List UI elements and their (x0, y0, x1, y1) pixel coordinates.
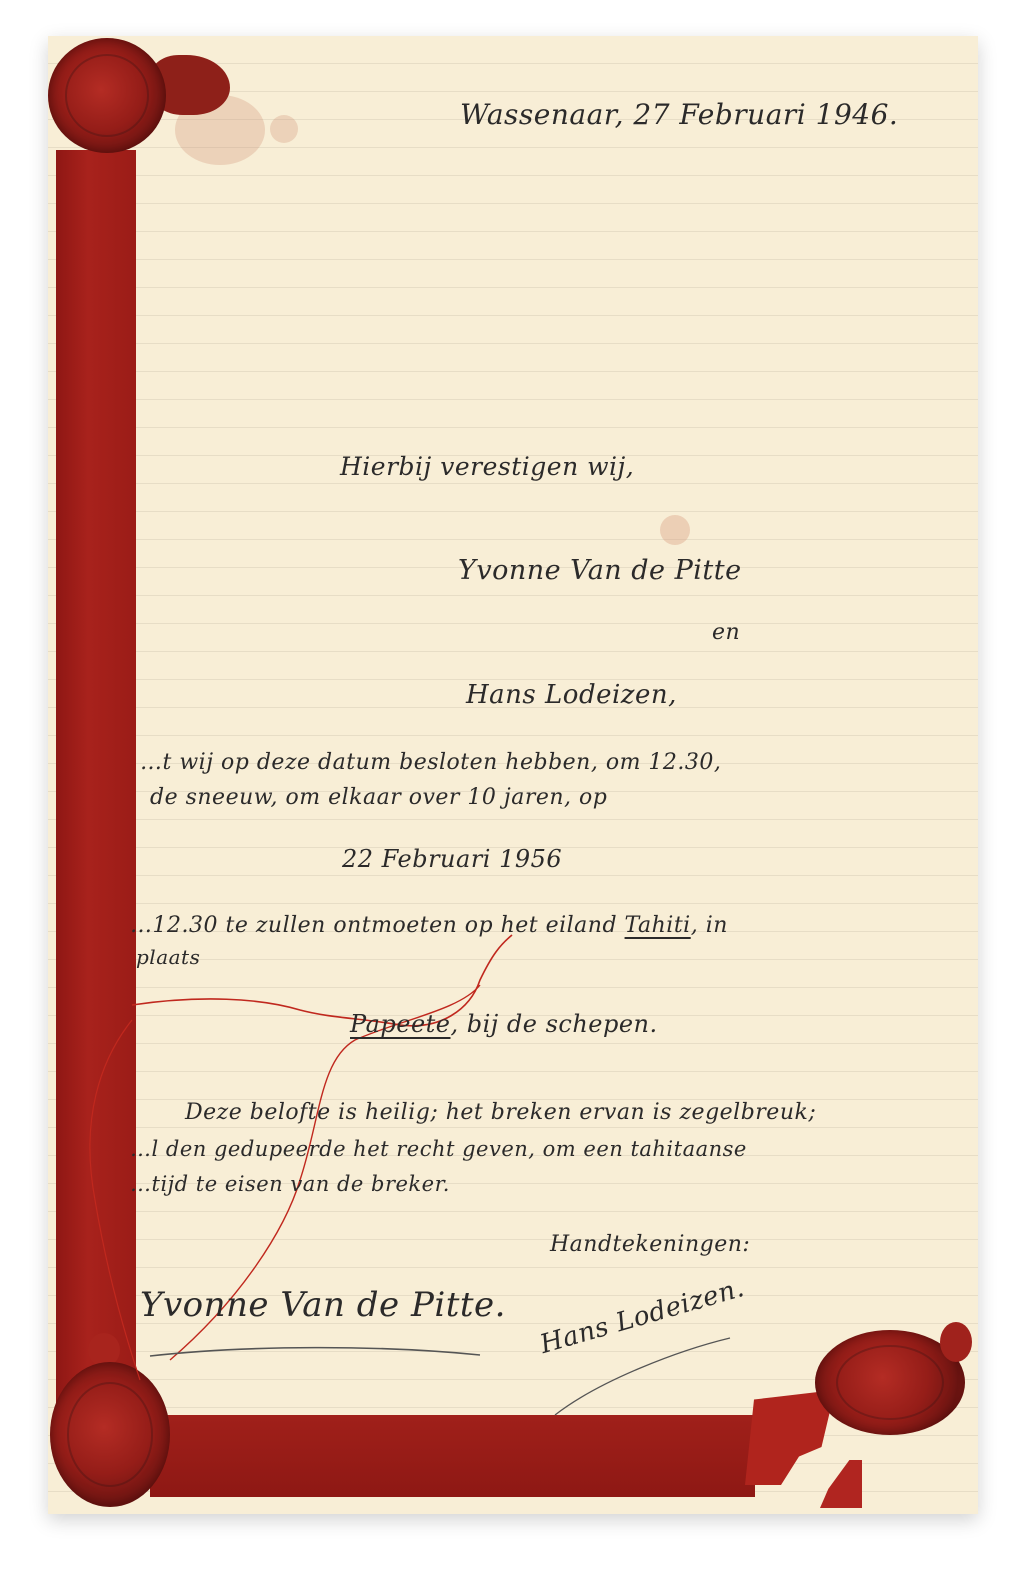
place-suffix: , bij de schepen. (451, 1010, 658, 1038)
body-line-2: de sneeuw, om elkaar over 10 jaren, op (150, 785, 607, 810)
vow-line-2: …l den gedupeerde het recht geven, om ee… (130, 1137, 747, 1161)
line-3-prefix: …12.30 te zullen ontmoeten op het eiland (130, 913, 625, 938)
body-line-4: plaats (136, 945, 200, 969)
conjunction: en (712, 620, 740, 645)
stain-dot (270, 115, 298, 143)
vow-line-3: …tijd te eisen van de breker. (130, 1172, 450, 1196)
wax-seal-top-left (48, 38, 166, 153)
vow-line-1: Deze belofte is heilig; het breken ervan… (185, 1100, 816, 1125)
wax-seal-bottom-left (50, 1362, 170, 1507)
signature-yvonne: Yvonne Van de Pitte. (140, 1285, 506, 1325)
intro-line: Hierbij verestigen wij, (340, 452, 634, 481)
place-date: Wassenaar, 27 Februari 1946. (460, 98, 898, 131)
party-1-name: Yvonne Van de Pitte (458, 555, 742, 586)
body-line-3: …12.30 te zullen ontmoeten op het eiland… (130, 913, 728, 938)
place-name: Papeete (350, 1010, 451, 1038)
red-ribbon-left (56, 150, 136, 1410)
island-name: Tahiti (625, 913, 691, 938)
signatures-label: Handtekeningen: (550, 1232, 750, 1257)
party-2-name: Hans Lodeizen, (466, 680, 677, 710)
red-ribbon-bottom (150, 1415, 755, 1497)
meeting-place: Papeete, bij de schepen. (350, 1010, 658, 1038)
stain-dot (660, 515, 690, 545)
wax-drop (940, 1322, 972, 1362)
body-line-1: …t wij op deze datum besloten hebben, om… (140, 750, 721, 775)
line-3-suffix: , in (691, 913, 728, 938)
meeting-date: 22 Februari 1956 (342, 845, 562, 873)
